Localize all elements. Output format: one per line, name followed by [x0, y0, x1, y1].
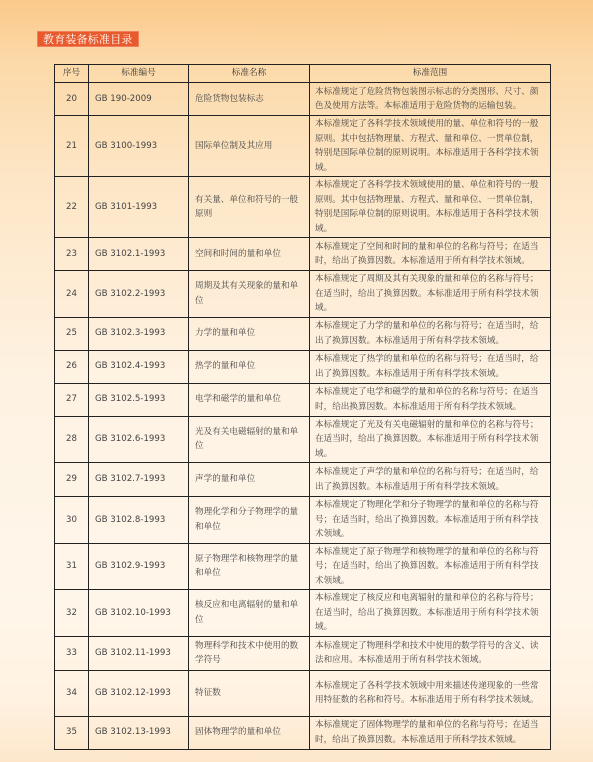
standard-scope: 本标准规定了原子物理学和核物理学的量和单位的名称与符号；在适当时，给出了换算因数… [310, 543, 551, 590]
standard-code: GB 3102.9-1993 [89, 543, 189, 590]
standard-name: 空间和时间的量和单位 [189, 238, 310, 271]
row-index: 21 [55, 116, 89, 177]
standard-scope: 本标准规定了空间和时间的量和单位的名称与符号；在适当时，给出了换算因数。本标准适… [310, 238, 551, 271]
table-row: 33GB 3102.11-1993物理科学和技术中使用的数学符号本标准规定了物理… [55, 636, 551, 670]
table-header-row: 序号 标准编号 标准名称 标准范围 [55, 65, 551, 83]
standard-code: GB 3102.4-1993 [89, 350, 189, 383]
standard-scope: 本标准规定了周期及其有关现象的量和单位的名称与符号；在适当时，给出了换算因数。本… [310, 271, 551, 318]
standard-name: 热学的量和单位 [189, 350, 310, 383]
standard-name: 核反应和电离辐射的量和单位 [189, 590, 310, 637]
standard-scope: 本标准规定了电学和磁学的量和单位的名称与符号；在适当时，给出换算因数。本标准适用… [310, 383, 551, 416]
row-index: 25 [55, 317, 89, 350]
table-row: 26GB 3102.4-1993热学的量和单位本标准规定了热学的量和单位的名称与… [55, 350, 551, 383]
table-row: 24GB 3102.2-1993周期及其有关现象的量和单位本标准规定了周期及其有… [55, 271, 551, 318]
row-index: 22 [55, 177, 89, 238]
standard-name: 特征数 [189, 670, 310, 716]
row-index: 26 [55, 350, 89, 383]
standard-scope: 本标准规定了力学的量和单位的名称与符号；在适当时，给出了换算因数。本标准适用于所… [310, 317, 551, 350]
page-title: 教育装备标准目录 [37, 31, 139, 47]
standard-code: GB 3102.5-1993 [89, 383, 189, 416]
table-row: 35GB 3102.13-1993固体物理学的量和单位本标准规定了固体物理学的量… [55, 716, 551, 749]
standard-name: 周期及其有关现象的量和单位 [189, 271, 310, 318]
table-row: 27GB 3102.5-1993电学和磁学的量和单位本标准规定了电学和磁学的量和… [55, 383, 551, 416]
standard-scope: 本标准规定了热学的量和单位的名称与符号；在适当时，给出了换算因数。本标准适用于所… [310, 350, 551, 383]
standard-scope: 本标准规定了各科学技术领域使用的量、单位和符号的一般原则。其中包括物理量、方程式… [310, 116, 551, 177]
table-row: 23GB 3102.1-1993空间和时间的量和单位本标准规定了空间和时间的量和… [55, 238, 551, 271]
standard-scope: 本标准规定了物理科学和技术中使用的数学符号的含义、读法和应用。本标准适用于所有科… [310, 636, 551, 670]
standard-code: GB 3102.3-1993 [89, 317, 189, 350]
standard-scope: 本标准规定了声学的量和单位的名称与符号；在适当时，给出了换算因数。本标准适用于所… [310, 463, 551, 497]
table-row: 34GB 3102.12-1993特征数本标准规定了各科学技术领域中用来描述传递… [55, 670, 551, 716]
standard-name: 固体物理学的量和单位 [189, 716, 310, 749]
standard-scope: 本标准规定了危险货物包装图示标志的分类图形、尺寸、颜色及使用方法等。本标准适用于… [310, 83, 551, 116]
standard-code: GB 3102.10-1993 [89, 590, 189, 637]
column-header-scope: 标准范围 [310, 65, 551, 83]
table-row: 32GB 3102.10-1993核反应和电离辐射的量和单位本标准规定了核反应和… [55, 590, 551, 637]
standard-name: 有关量、单位和符号的一般原则 [189, 177, 310, 238]
standard-scope: 本标准规定了各科学技术领域使用的量、单位和符号的一般原则。其中包括物理量、方程式… [310, 177, 551, 238]
standard-code: GB 3102.13-1993 [89, 716, 189, 749]
row-index: 28 [55, 416, 89, 463]
standard-code: GB 3102.2-1993 [89, 271, 189, 318]
standard-name: 光及有关电磁辐射的量和单位 [189, 416, 310, 463]
standard-code: GB 3102.11-1993 [89, 636, 189, 670]
standard-code: GB 3102.1-1993 [89, 238, 189, 271]
row-index: 34 [55, 670, 89, 716]
standard-scope: 本标准规定了物理化学和分子物理学的量和单位的名称与符号；在适当时，给出了换算因数… [310, 497, 551, 544]
standard-scope: 本标准规定了各科学技术领域中用来描述传递现象的一些常用特征数的名称和符号。本标准… [310, 670, 551, 716]
standard-code: GB 3102.12-1993 [89, 670, 189, 716]
standard-name: 危险货物包装标志 [189, 83, 310, 116]
row-index: 24 [55, 271, 89, 318]
standard-scope: 本标准规定了核反应和电离辐射的量和单位的名称与符号；在适当时，给出了换算因数。本… [310, 590, 551, 637]
standard-name: 物理化学和分子物理学的量和单位 [189, 497, 310, 544]
standard-code: GB 3100-1993 [89, 116, 189, 177]
row-index: 27 [55, 383, 89, 416]
standard-code: GB 3102.7-1993 [89, 463, 189, 497]
table-row: 21GB 3100-1993国际单位制及其应用本标准规定了各科学技术领域使用的量… [55, 116, 551, 177]
row-index: 32 [55, 590, 89, 637]
row-index: 23 [55, 238, 89, 271]
table-row: 22GB 3101-1993有关量、单位和符号的一般原则本标准规定了各科学技术领… [55, 177, 551, 238]
standard-name: 原子物理学和核物理学的量和单位 [189, 543, 310, 590]
column-header-name: 标准名称 [189, 65, 310, 83]
standard-name: 力学的量和单位 [189, 317, 310, 350]
standard-name: 物理科学和技术中使用的数学符号 [189, 636, 310, 670]
column-header-index: 序号 [55, 65, 89, 83]
row-index: 31 [55, 543, 89, 590]
standard-scope: 本标准规定了固体物理学的量和单位的名称与符号；在适当时，给出了换算因数。本标准适… [310, 716, 551, 749]
table-row: 31GB 3102.9-1993原子物理学和核物理学的量和单位本标准规定了原子物… [55, 543, 551, 590]
standard-name: 电学和磁学的量和单位 [189, 383, 310, 416]
table-row: 30GB 3102.8-1993物理化学和分子物理学的量和单位本标准规定了物理化… [55, 497, 551, 544]
row-index: 20 [55, 83, 89, 116]
row-index: 35 [55, 716, 89, 749]
row-index: 30 [55, 497, 89, 544]
table-row: 29GB 3102.7-1993声学的量和单位本标准规定了声学的量和单位的名称与… [55, 463, 551, 497]
standard-code: GB 190-2009 [89, 83, 189, 116]
standards-table: 序号 标准编号 标准名称 标准范围 20GB 190-2009危险货物包装标志本… [54, 64, 551, 750]
standard-name: 国际单位制及其应用 [189, 116, 310, 177]
row-index: 29 [55, 463, 89, 497]
standard-code: GB 3102.8-1993 [89, 497, 189, 544]
row-index: 33 [55, 636, 89, 670]
standard-code: GB 3102.6-1993 [89, 416, 189, 463]
column-header-code: 标准编号 [89, 65, 189, 83]
table-row: 20GB 190-2009危险货物包装标志本标准规定了危险货物包装图示标志的分类… [55, 83, 551, 116]
standard-code: GB 3101-1993 [89, 177, 189, 238]
standard-scope: 本标准规定了光及有关电磁辐射的量和单位的名称与符号；在适当时，给出了换算因数。本… [310, 416, 551, 463]
table-row: 25GB 3102.3-1993力学的量和单位本标准规定了力学的量和单位的名称与… [55, 317, 551, 350]
standard-name: 声学的量和单位 [189, 463, 310, 497]
table-row: 28GB 3102.6-1993光及有关电磁辐射的量和单位本标准规定了光及有关电… [55, 416, 551, 463]
